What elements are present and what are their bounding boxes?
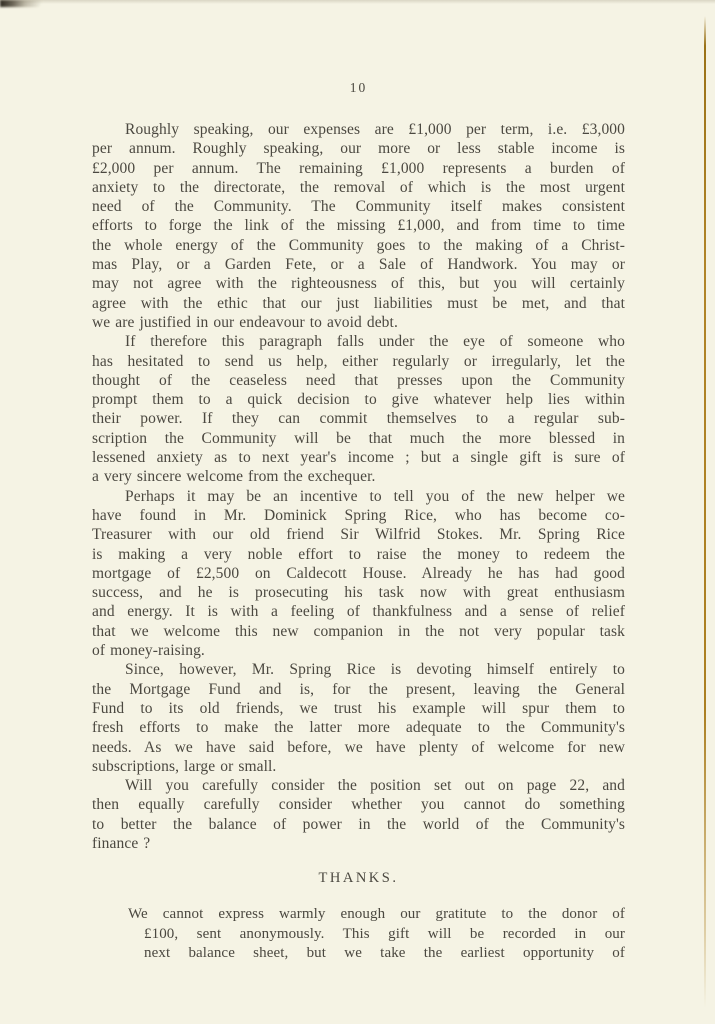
text-line: has hesitated to send us help, either re…	[92, 352, 625, 371]
paragraph: If therefore this paragraph falls under …	[92, 332, 625, 486]
body-paragraphs: Roughly speaking, our expenses are £1,00…	[92, 120, 625, 853]
text-line: the Mortgage Fund and is, for the presen…	[92, 680, 625, 699]
text-line: may not agree with the righteousness of …	[92, 274, 625, 293]
paragraph: Roughly speaking, our expenses are £1,00…	[92, 120, 625, 332]
text-line: their power. If they can commit themselv…	[92, 409, 625, 428]
text-line: need of the Community. The Community its…	[92, 197, 625, 216]
text-line: subscriptions, large or small.	[92, 757, 625, 776]
text-line: to better the balance of power in the wo…	[92, 815, 625, 834]
scan-top-edge-shading	[0, 0, 715, 4]
text-line: a very sincere welcome from the excheque…	[92, 467, 625, 486]
body-text-block: Roughly speaking, our expenses are £1,00…	[92, 120, 625, 963]
paragraph: Perhaps it may be an incentive to tell y…	[92, 487, 625, 661]
text-line: next balance sheet, but we take the earl…	[92, 944, 625, 963]
paragraph: Since, however, Mr. Spring Rice is devot…	[92, 660, 625, 776]
page-number: 10	[92, 80, 625, 96]
text-line: have found in Mr. Dominick Spring Rice, …	[92, 506, 625, 525]
text-line: efforts to forge the link of the missing…	[92, 216, 625, 235]
scanned-book-page: 10 Roughly speaking, our expenses are £1…	[0, 0, 715, 1024]
thanks-paragraph: We cannot express warmly enough our grat…	[92, 905, 625, 963]
text-line: Since, however, Mr. Spring Rice is devot…	[92, 660, 625, 679]
text-line: per annum. Roughly speaking, our more or…	[92, 139, 625, 158]
text-line: £100, sent anonymously. This gift will b…	[92, 925, 625, 944]
text-line: prompt them to a quick decision to give …	[92, 390, 625, 409]
text-line: £2,000 per annum. The remaining £1,000 r…	[92, 159, 625, 178]
text-line: fresh efforts to make the latter more ad…	[92, 718, 625, 737]
text-line: and energy. It is with a feeling of than…	[92, 602, 625, 621]
text-line: success, and he is prosecuting his task …	[92, 583, 625, 602]
text-line: Will you carefully consider the position…	[92, 776, 625, 795]
text-line: thought of the ceaseless need that press…	[92, 371, 625, 390]
text-line: Treasurer with our old friend Sir Wilfri…	[92, 525, 625, 544]
text-line: the whole energy of the Community goes t…	[92, 236, 625, 255]
text-line: of money-raising.	[92, 641, 625, 660]
text-line: then equally carefully consider whether …	[92, 795, 625, 814]
paragraph: Will you carefully consider the position…	[92, 776, 625, 853]
text-line: agree with the ethic that our just liabi…	[92, 294, 625, 313]
text-line: We cannot express warmly enough our grat…	[92, 905, 625, 924]
text-line: lessened anxiety as to next year's incom…	[92, 448, 625, 467]
text-line: is making a very noble effort to raise t…	[92, 545, 625, 564]
text-line: Perhaps it may be an incentive to tell y…	[92, 487, 625, 506]
text-line: we are justified in our endeavour to avo…	[92, 313, 625, 332]
text-line: needs. As we have said before, we have p…	[92, 738, 625, 757]
scan-corner-artifact	[0, 0, 42, 7]
text-line: that we welcome this new companion in th…	[92, 622, 625, 641]
text-line: finance ?	[92, 834, 625, 853]
text-line: anxiety to the directorate, the removal …	[92, 178, 625, 197]
text-line: mas Play, or a Garden Fete, or a Sale of…	[92, 255, 625, 274]
thanks-heading: THANKS.	[92, 869, 625, 888]
text-line: scription the Community will be that muc…	[92, 429, 625, 448]
text-line: mortgage of £2,500 on Caldecott House. A…	[92, 564, 625, 583]
text-line: Roughly speaking, our expenses are £1,00…	[92, 120, 625, 139]
page-edge-line	[704, 16, 706, 1008]
text-line: If therefore this paragraph falls under …	[92, 332, 625, 351]
text-line: Fund to its old friends, we trust his ex…	[92, 699, 625, 718]
